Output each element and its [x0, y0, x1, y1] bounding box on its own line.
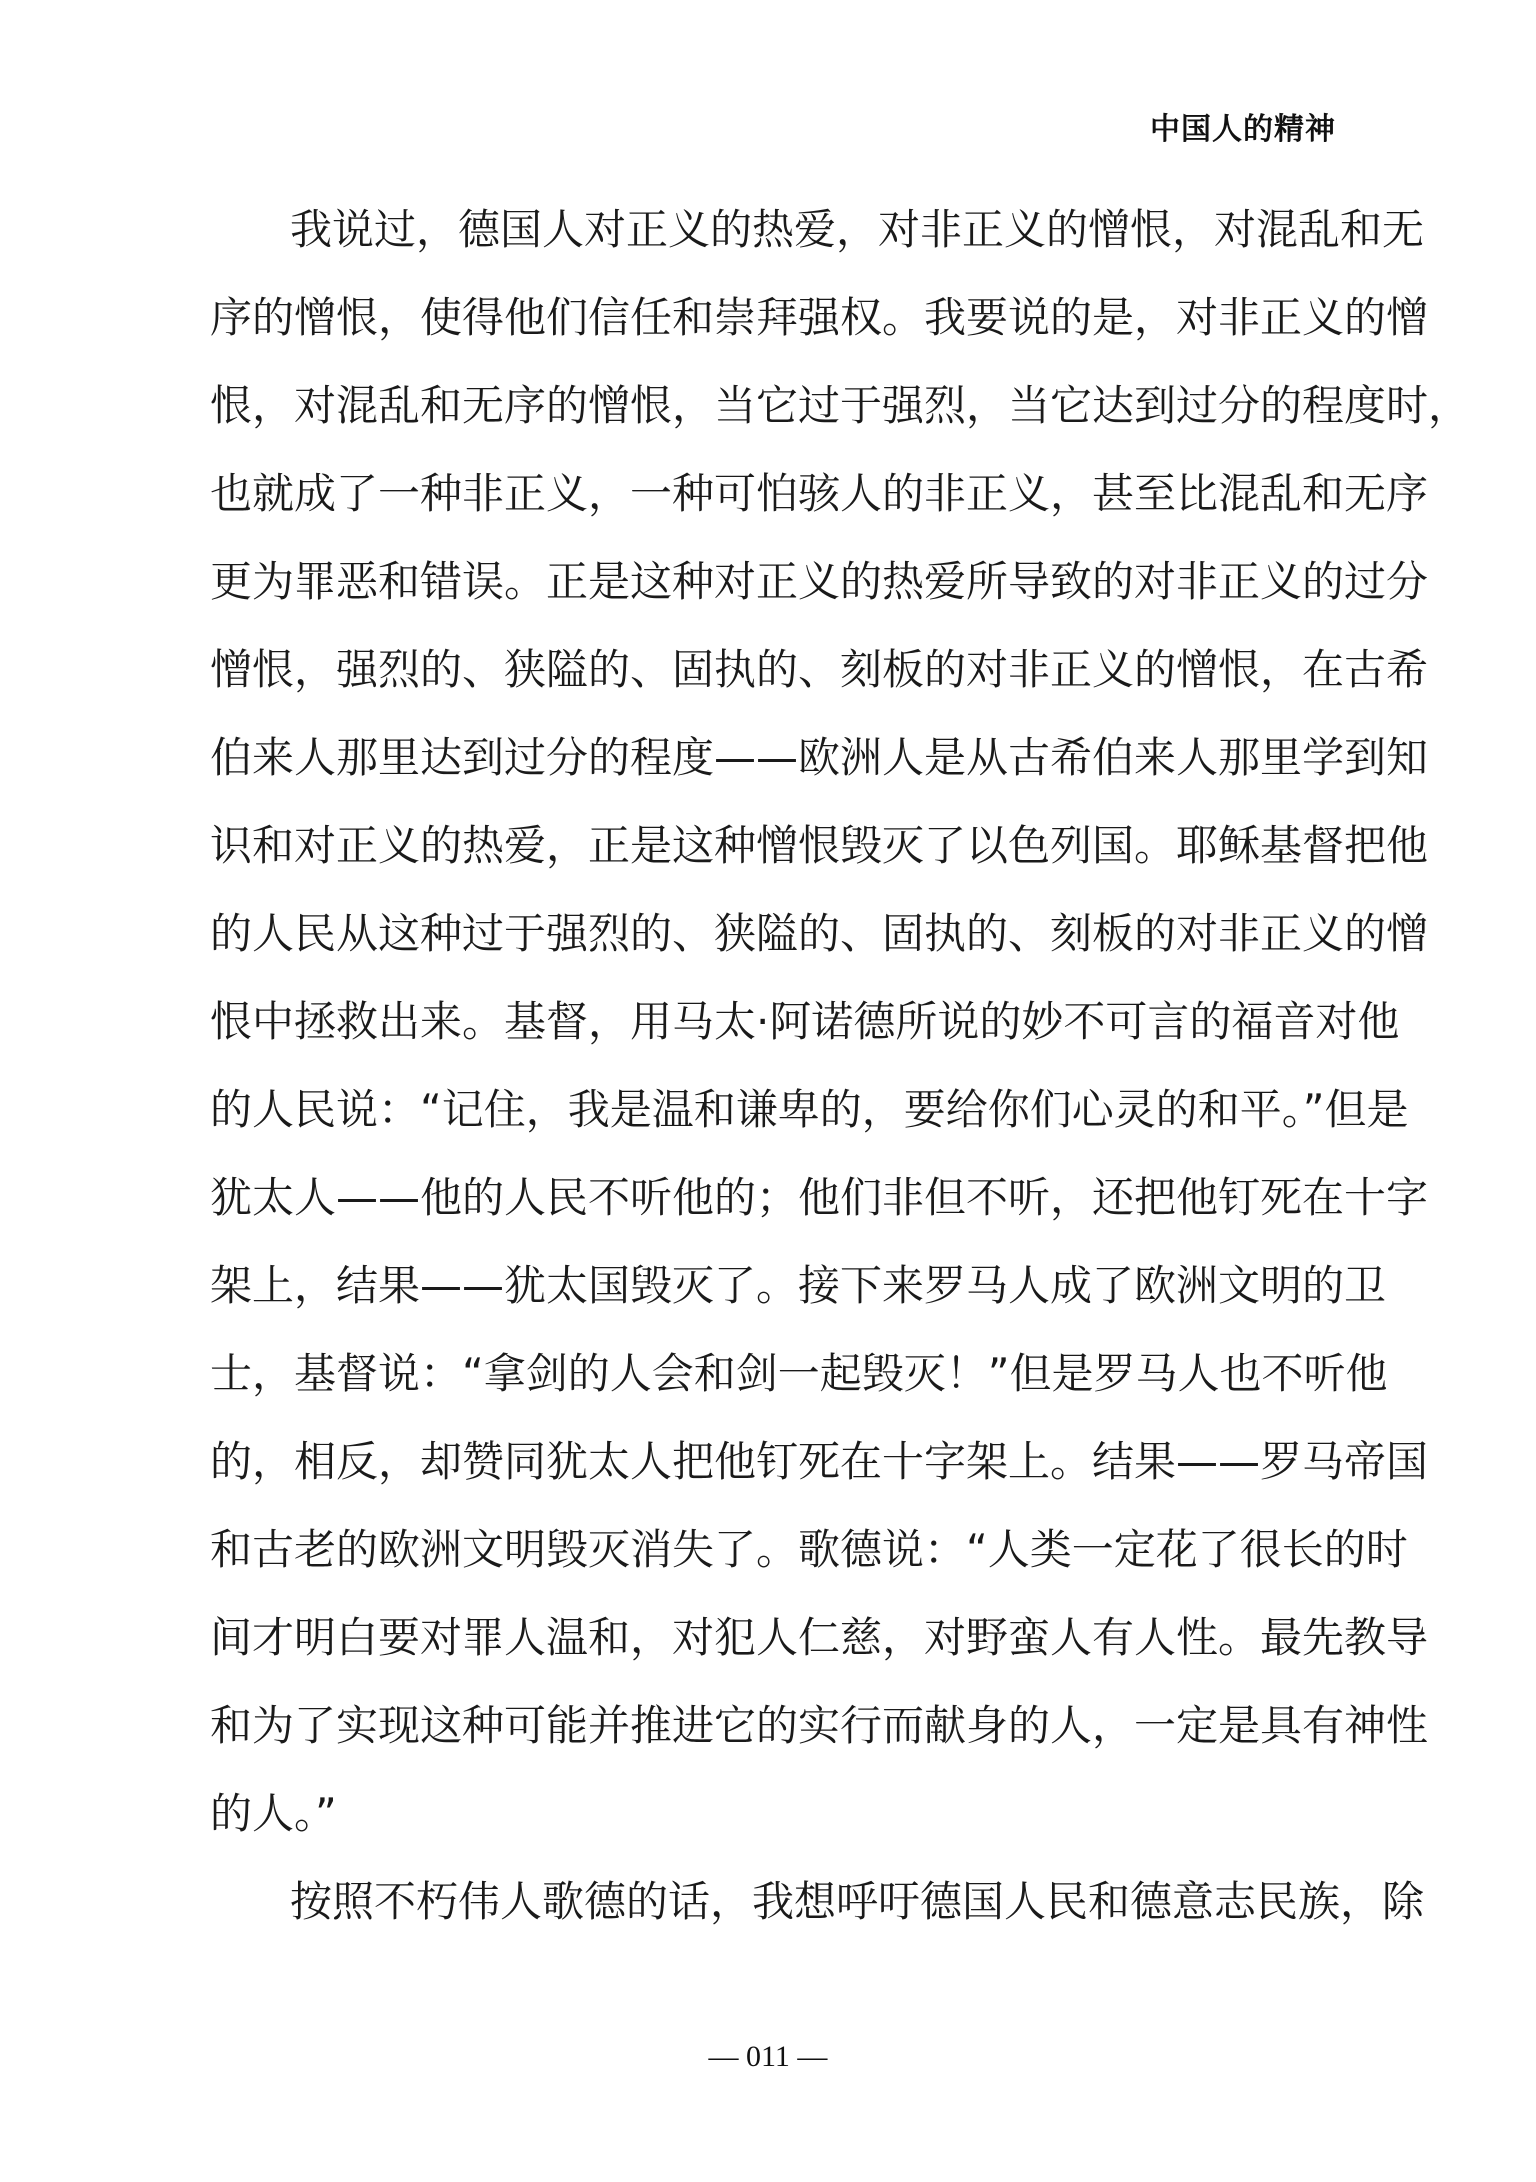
- paragraph-1-line-6: 憎恨，强烈的、狭隘的、固执的、刻板的对非正义的憎恨，在古希: [210, 640, 1328, 728]
- paragraph-1-line-18: 和为了实现这种可能并推进它的实行而献身的人，一定是具有神性: [210, 1696, 1328, 1784]
- paragraph-1-line-19: 的人。”: [210, 1784, 1328, 1872]
- paragraph-1-line-15: 的，相反，却赞同犹太人把他钉死在十字架上。结果——罗马帝国: [210, 1432, 1328, 1520]
- paragraph-1-line-16: 和古老的欧洲文明毁灭消失了。歌德说：“人类一定花了很长的时: [210, 1520, 1328, 1608]
- paragraph-1-line-7: 伯来人那里达到过分的程度——欧洲人是从古希伯来人那里学到知: [210, 728, 1328, 816]
- paragraph-2-line-1: 按照不朽伟人歌德的话，我想呼吁德国人民和德意志民族，除: [210, 1872, 1328, 1960]
- paragraph-1-line-9: 的人民从这种过于强烈的、狭隘的、固执的、刻板的对非正义的憎: [210, 904, 1328, 992]
- paragraph-1-line-4: 也就成了一种非正义，一种可怕骇人的非正义，甚至比混乱和无序: [210, 464, 1328, 552]
- paragraph-1-line-11: 的人民说：“记住，我是温和谦卑的，要给你们心灵的和平。”但是: [210, 1080, 1328, 1168]
- paragraph-1-line-10: 恨中拯救出来。基督，用马太·阿诺德所说的妙不可言的福音对他: [210, 992, 1328, 1080]
- paragraph-1-line-2: 序的憎恨，使得他们信任和崇拜强权。我要说的是，对非正义的憎: [210, 288, 1328, 376]
- running-header-title: 中国人的精神: [1150, 104, 1336, 148]
- paragraph-1-line-1: 我说过，德国人对正义的热爱，对非正义的憎恨，对混乱和无: [210, 200, 1328, 288]
- page-number: — 011 —: [0, 2040, 1536, 2074]
- paragraph-1-line-13: 架上，结果——犹太国毁灭了。接下来罗马人成了欧洲文明的卫: [210, 1256, 1328, 1344]
- body-text: 我说过，德国人对正义的热爱，对非正义的憎恨，对混乱和无 序的憎恨，使得他们信任和…: [210, 200, 1328, 1960]
- paragraph-1-line-14: 士，基督说：“拿剑的人会和剑一起毁灭！”但是罗马人也不听他: [210, 1344, 1328, 1432]
- paragraph-1-line-12: 犹太人——他的人民不听他的；他们非但不听，还把他钉死在十字: [210, 1168, 1328, 1256]
- paragraph-1-line-3: 恨，对混乱和无序的憎恨，当它过于强烈，当它达到过分的程度时，: [210, 376, 1328, 464]
- paragraph-1-line-8: 识和对正义的热爱，正是这种憎恨毁灭了以色列国。耶稣基督把他: [210, 816, 1328, 904]
- paragraph-1-line-5: 更为罪恶和错误。正是这种对正义的热爱所导致的对非正义的过分: [210, 552, 1328, 640]
- paragraph-1-line-17: 间才明白要对罪人温和，对犯人仁慈，对野蛮人有人性。最先教导: [210, 1608, 1328, 1696]
